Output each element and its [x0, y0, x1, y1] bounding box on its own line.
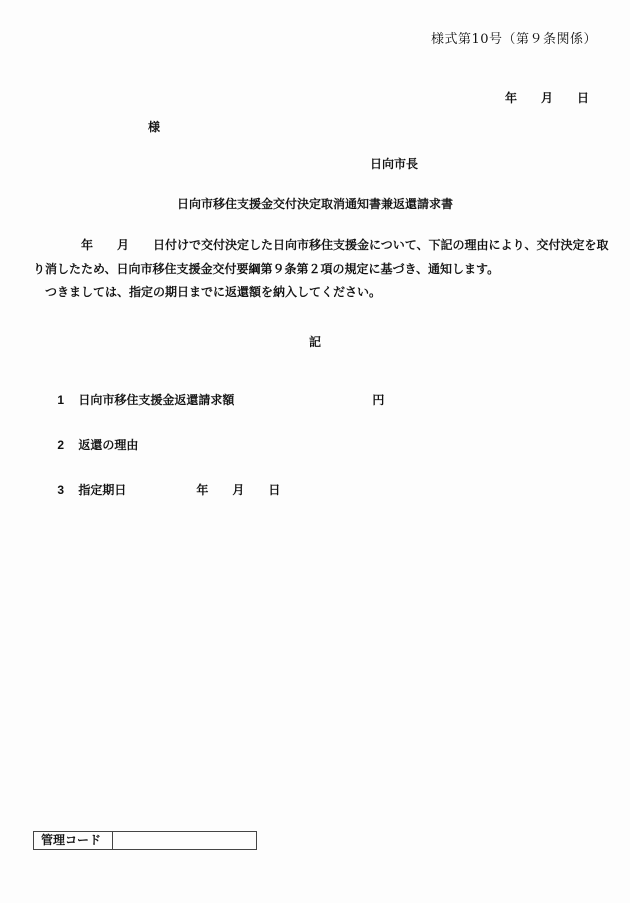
management-code-table: 管理コード — [33, 831, 257, 850]
item-number: 3 — [57, 483, 78, 497]
item-label: 日向市移住支援金返還請求額 — [78, 393, 234, 407]
item-refund-reason: 2返還の理由 — [44, 422, 138, 467]
item-number: 1 — [57, 393, 78, 407]
sender-name: 日向市長 — [370, 155, 418, 172]
item-refund-amount: 1日向市移住支援金返還請求額円 — [44, 377, 384, 422]
management-code-value — [113, 832, 256, 849]
item-label: 返還の理由 — [78, 438, 138, 452]
body-line-2: り消したため、日向市移住支援金交付要綱第９条第２項の規定に基づき、通知します。 — [33, 258, 610, 282]
item-number: 2 — [57, 438, 78, 452]
addressee-honorific: 様 — [148, 118, 160, 135]
form-number: 様式第10号（第９条関係） — [431, 28, 597, 47]
issue-date-line: 年 月 日 — [505, 89, 589, 106]
management-code-label: 管理コード — [34, 832, 113, 849]
body-line-1: 年 月 日付けで交付決定した日向市移住支援金について、下記の理由により、交付決定… — [33, 234, 610, 258]
yen-unit-label: 円 — [372, 393, 384, 407]
document-title: 日向市移住支援金交付決定取消通知書兼返還請求書 — [0, 195, 630, 212]
date-fields-label: 年 月 日 — [196, 483, 280, 497]
record-heading: 記 — [0, 333, 630, 350]
item-label: 指定期日 — [78, 483, 126, 497]
document-page: 様式第10号（第９条関係） 年 月 日 様 日向市長 日向市移住支援金交付決定取… — [0, 0, 630, 903]
item-designated-date: 3指定期日年 月 日 — [44, 467, 280, 512]
body-paragraph: 年 月 日付けで交付決定した日向市移住支援金について、下記の理由により、交付決定… — [33, 234, 610, 305]
body-line-3: つきましては、指定の期日までに返還額を納入してください。 — [33, 281, 610, 305]
